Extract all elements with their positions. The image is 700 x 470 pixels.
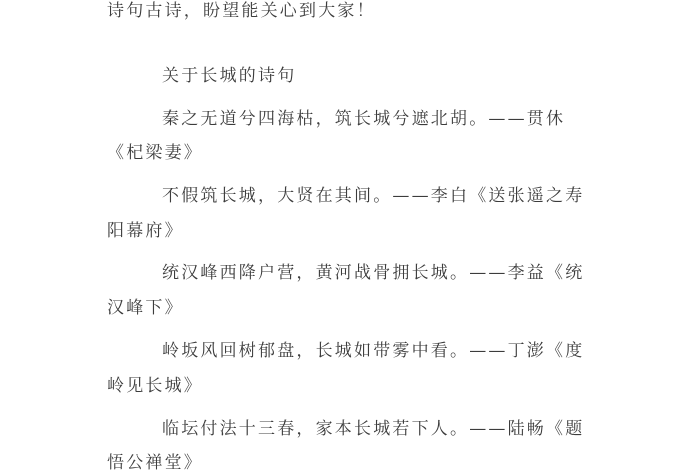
poem-entry-1-line1: 秦之无道兮四海枯，筑长城兮遮北胡。——贯休 xyxy=(162,108,565,130)
poem-entry-2-line1: 不假筑长城，大贤在其间。——李白《送张遥之寿 xyxy=(162,185,584,207)
intro-tail-text: 诗句古诗，盼望能关心到大家！ xyxy=(107,0,376,22)
poem-entry-2-line2: 阳幕府》 xyxy=(107,220,184,242)
poem-entry-5-line2: 悟公禅堂》 xyxy=(107,452,203,470)
poem-entry-5-line1: 临坛付法十三春，家本长城若下人。——陆畅《题 xyxy=(162,418,584,440)
document-page: 诗句古诗，盼望能关心到大家！ 关于长城的诗句 秦之无道兮四海枯，筑长城兮遮北胡。… xyxy=(0,0,700,470)
poem-entry-3-line1: 统汉峰西降户营，黄河战骨拥长城。——李益《统 xyxy=(162,262,584,284)
poem-entry-4-line2: 岭见长城》 xyxy=(107,375,203,397)
poem-entry-4-line1: 岭坂风回树郁盘，长城如带雾中看。——丁澎《度 xyxy=(162,340,584,362)
poem-entry-3-line2: 汉峰下》 xyxy=(107,297,184,319)
section-title: 关于长城的诗句 xyxy=(162,65,296,87)
poem-entry-1-line2: 《杞梁妻》 xyxy=(107,142,203,164)
